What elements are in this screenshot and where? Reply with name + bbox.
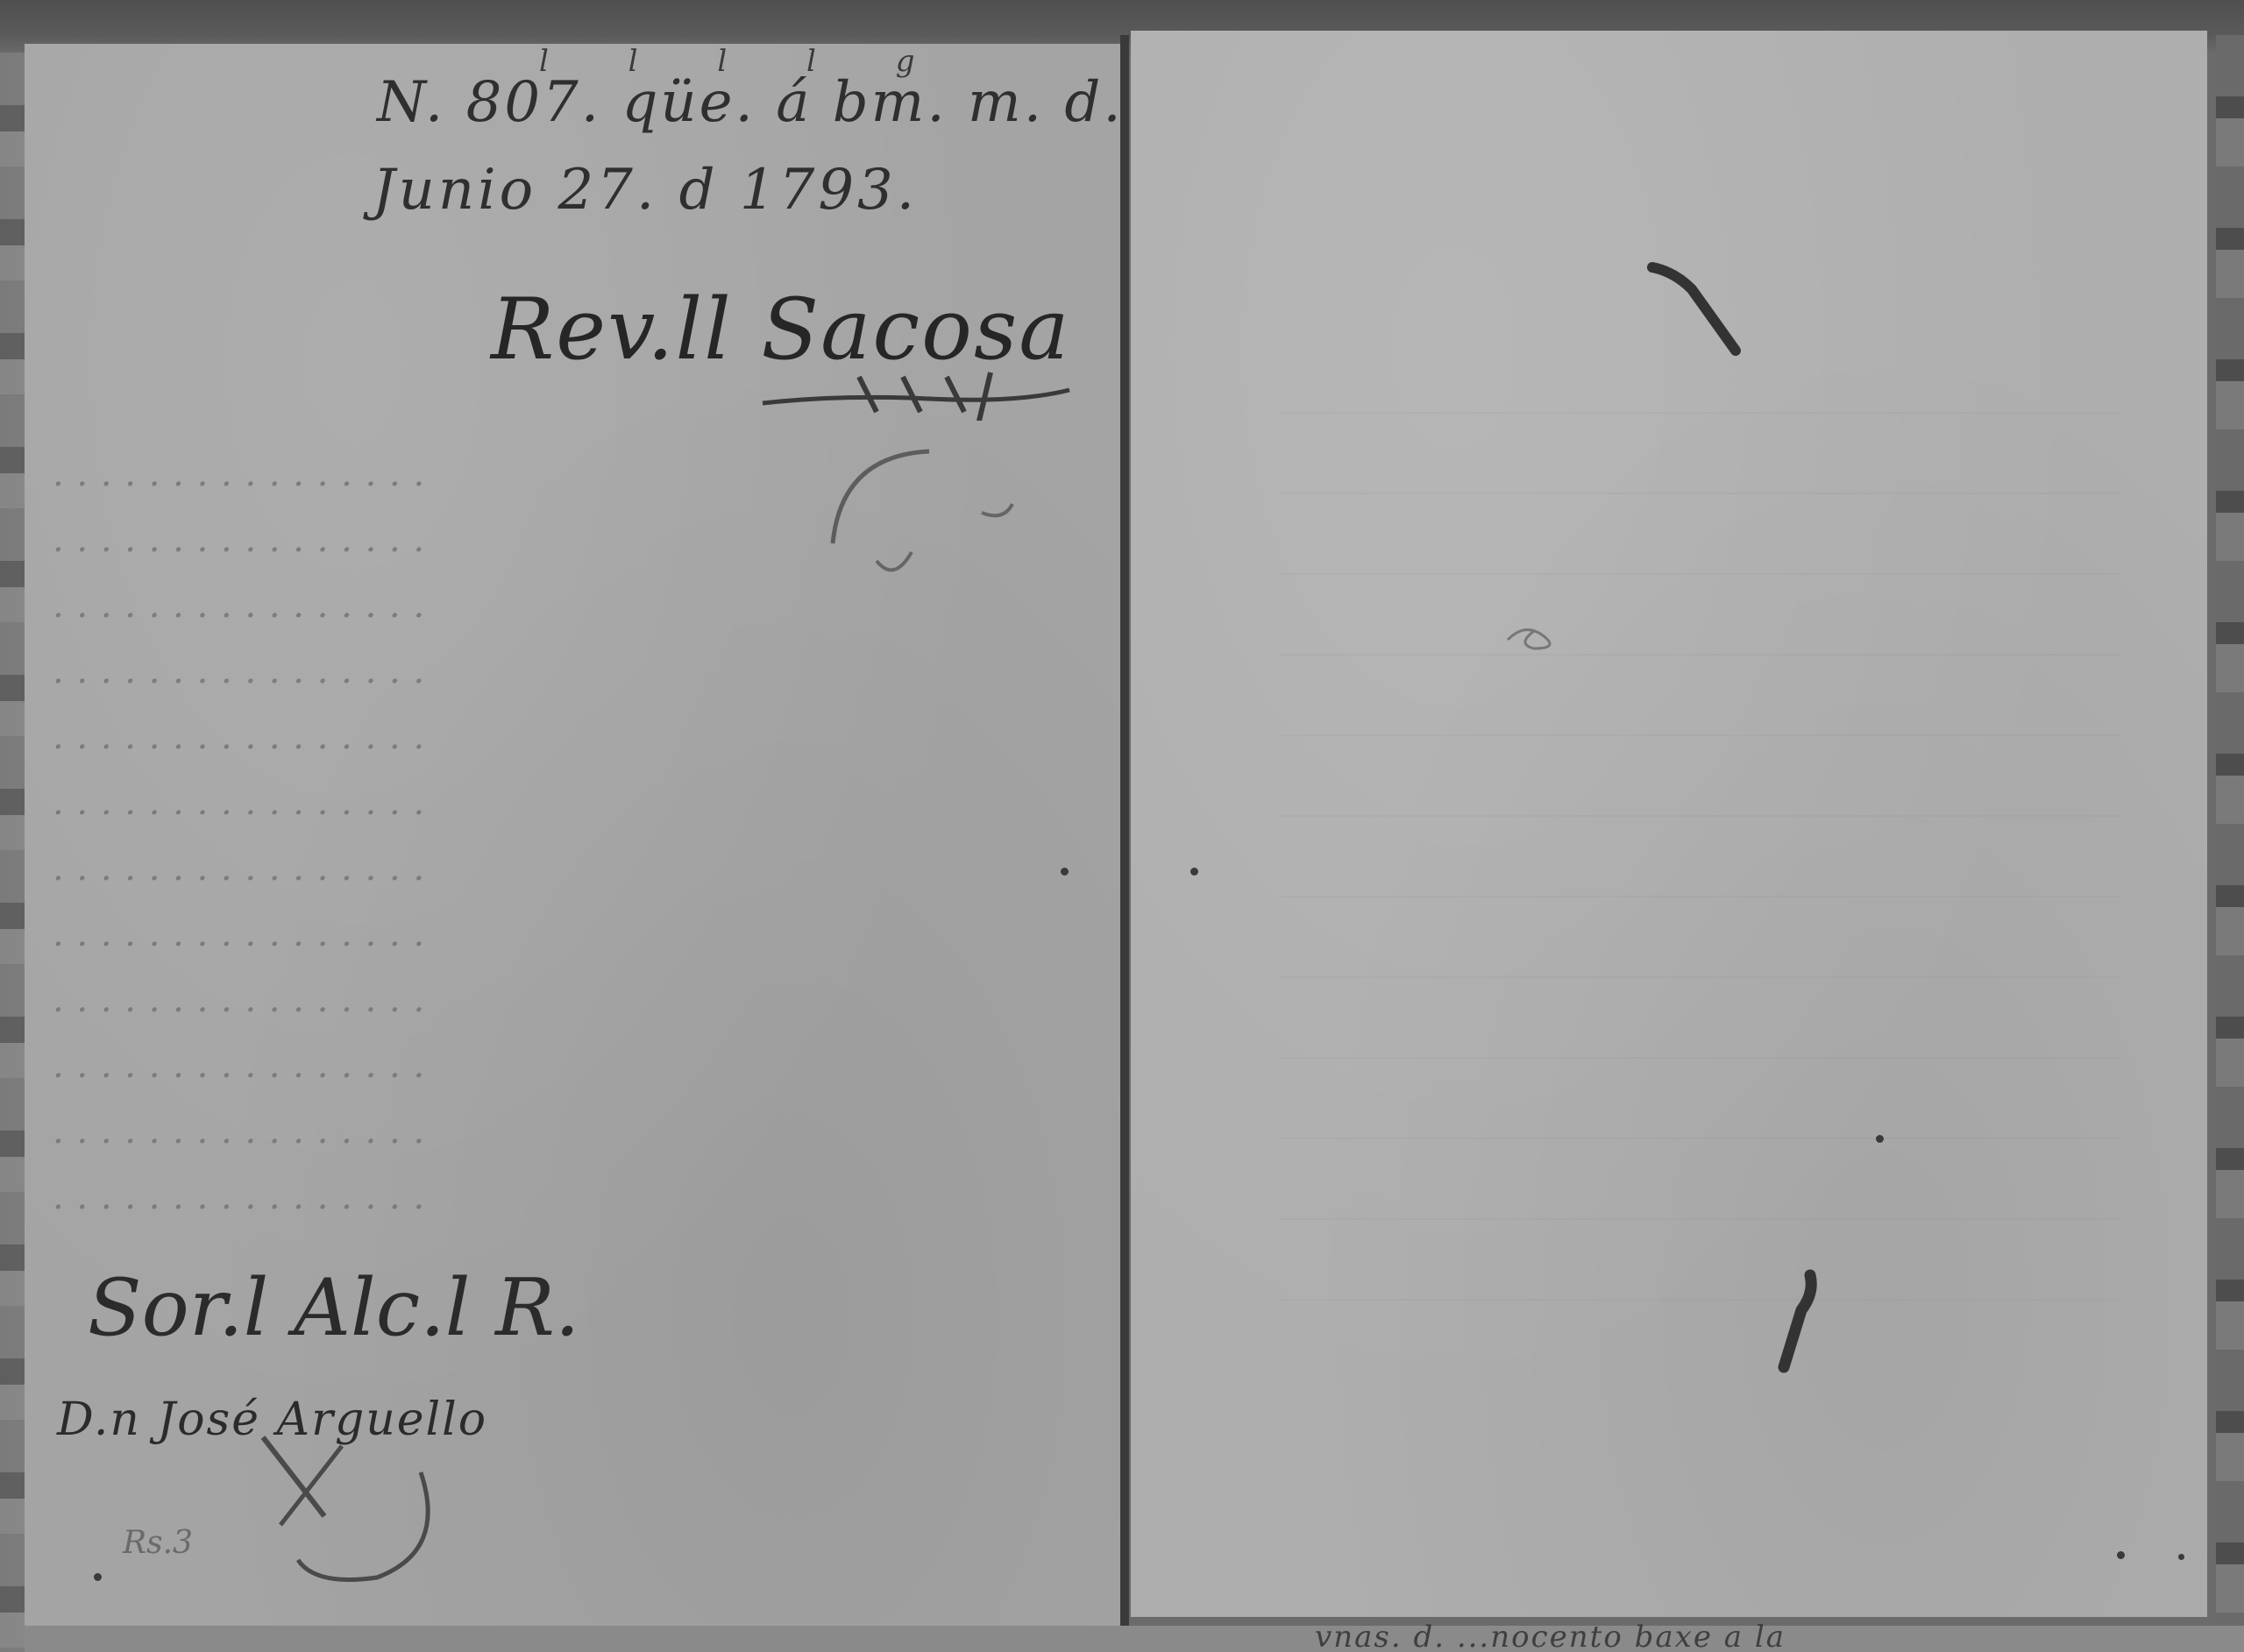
ink-dot	[2117, 1551, 2125, 1559]
left-margin-underlying-page	[0, 53, 25, 1652]
ink-dot	[1190, 868, 1198, 876]
body-line: · · · · · · · · · · · · · · · ·	[53, 596, 824, 662]
right-margin-underlying-page	[2216, 35, 2244, 1652]
body-line: · · · · · · · · · · · · · · · ·	[53, 662, 824, 727]
ink-dot	[1876, 1135, 1884, 1143]
underlying-page-text: vnas. d. ...nocento baxe a la	[1315, 1620, 1786, 1652]
ink-dot	[1061, 868, 1069, 876]
document-title: Rev.ll Sacosa	[491, 280, 1070, 379]
page-divider	[1120, 35, 1129, 1639]
body-line: · · · · · · · · · · · · · · · ·	[53, 530, 824, 596]
faded-body-text: · · · · · · · · · · · · · · · · · · · · …	[53, 464, 824, 1253]
faint-loop-mark-icon	[1499, 613, 1569, 657]
ink-dot	[2178, 1554, 2184, 1560]
body-line: · · · · · · · · · · · · · · · ·	[53, 990, 824, 1056]
marginal-note: Rs.3	[123, 1525, 193, 1561]
signature-line-1: Sor.l Alc.l R.	[88, 1262, 580, 1354]
body-line: · · · · · · · · · · · · · · · ·	[53, 925, 824, 990]
header-date-line: Junio 27. d 1793.	[373, 158, 918, 223]
bleed-through-text	[1280, 333, 2121, 1301]
body-line: · · · · · · · · · · · · · · · ·	[53, 1122, 824, 1188]
ink-dot	[94, 1573, 102, 1581]
body-line: · · · · · · · · · · · · · · · ·	[53, 793, 824, 859]
ink-stroke-bottom-icon	[1762, 1262, 1832, 1385]
body-line: · · · · · · · · · · · · · · · ·	[53, 1188, 824, 1253]
circular-ink-mark-icon	[806, 429, 1052, 605]
ink-stroke-top-icon	[1639, 254, 1771, 377]
body-line: · · · · · · · · · · · · · · · ·	[53, 464, 824, 530]
body-line: · · · · · · · · · · · · · · · ·	[53, 859, 824, 925]
title-flourish-icon	[754, 368, 1078, 421]
signature-rubric-icon	[245, 1420, 456, 1595]
bottom-underlying-page	[25, 1626, 2244, 1652]
body-line: · · · · · · · · · · · · · · · ·	[53, 727, 824, 793]
body-line: · · · · · · · · · · · · · · · ·	[53, 1056, 824, 1122]
